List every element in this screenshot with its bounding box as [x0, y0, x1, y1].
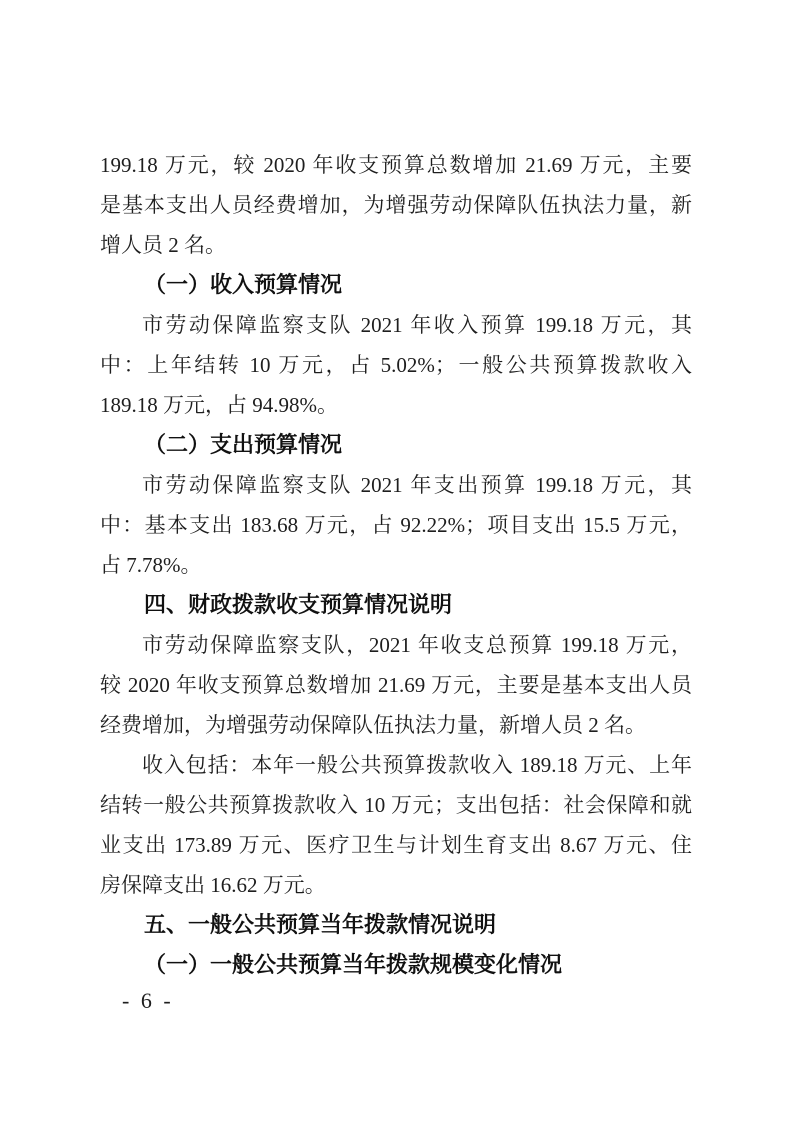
body-line: 199.18 万元，较 2020 年收支预算总数增加 21.69 万元，主要: [100, 145, 692, 185]
body-line: 是基本支出人员经费增加，为增强劳动保障队伍执法力量，新: [100, 185, 692, 225]
body-line: 市劳动保障监察支队，2021 年收支总预算 199.18 万元，: [100, 625, 692, 665]
body-line: 房保障支出 16.62 万元。: [100, 865, 692, 905]
body-line: 市劳动保障监察支队 2021 年支出预算 199.18 万元，其: [100, 465, 692, 505]
body-line: 结转一般公共预算拨款收入 10 万元；支出包括：社会保障和就: [100, 785, 692, 825]
document-text-block: 199.18 万元，较 2020 年收支预算总数增加 21.69 万元，主要 是…: [100, 145, 692, 985]
page-number: - 6 -: [122, 988, 174, 1014]
body-line: 收入包括：本年一般公共预算拨款收入 189.18 万元、上年: [100, 745, 692, 785]
section-heading-fiscal: 四、财政拨款收支预算情况说明: [100, 585, 692, 625]
body-line: 中：上年结转 10 万元，占 5.02%；一般公共预算拨款收入: [100, 345, 692, 385]
section-heading-expense: （二）支出预算情况: [100, 425, 692, 465]
document-page: 199.18 万元，较 2020 年收支预算总数增加 21.69 万元，主要 是…: [0, 0, 793, 1122]
body-line: 经费增加，为增强劳动保障队伍执法力量，新增人员 2 名。: [100, 705, 692, 745]
body-line: 增人员 2 名。: [100, 225, 692, 265]
body-line: 业支出 173.89 万元、医疗卫生与计划生育支出 8.67 万元、住: [100, 825, 692, 865]
body-line: 中：基本支出 183.68 万元，占 92.22%；项目支出 15.5 万元，: [100, 505, 692, 545]
section-heading-general: 五、一般公共预算当年拨款情况说明: [100, 905, 692, 945]
body-line: 占 7.78%。: [100, 545, 692, 585]
body-line: 较 2020 年收支预算总数增加 21.69 万元，主要是基本支出人员: [100, 665, 692, 705]
section-subheading-general: （一）一般公共预算当年拨款规模变化情况: [100, 945, 692, 985]
body-line: 市劳动保障监察支队 2021 年收入预算 199.18 万元，其: [100, 305, 692, 345]
section-heading-income: （一）收入预算情况: [100, 265, 692, 305]
body-line: 189.18 万元，占 94.98%。: [100, 385, 692, 425]
